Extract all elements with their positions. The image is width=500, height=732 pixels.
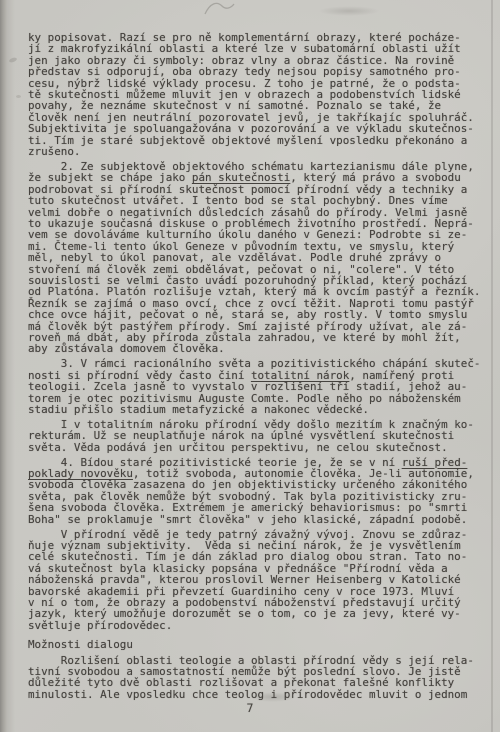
text-run: ky popisovat. Razí se pro ně komplementá… — [28, 31, 474, 158]
paragraph-2: 2. Ze subjektově objektového schématu ka… — [28, 161, 486, 355]
document-text: ky popisovat. Razí se pro ně komplementá… — [28, 32, 486, 704]
paragraph-3: 3. V rámci racionálního světa a pozitivi… — [28, 358, 486, 415]
paragraph-7: Rozlišení oblasti teologie a oblasti pří… — [28, 655, 486, 701]
text-run: Rozlišení oblasti teologie a oblasti pří… — [28, 654, 474, 701]
scan-smudge — [318, 6, 380, 16]
scan-speck — [16, 95, 21, 98]
text-run: , který má právo a svobodu podrobovat si… — [28, 171, 480, 355]
scan-left-edge-shadow — [0, 0, 15, 732]
page-number: 7 — [0, 701, 500, 715]
paragraph-1: ky popisovat. Razí se pro ně komplementá… — [28, 32, 486, 157]
paragraph-5: 4. Bídou staré pozitivistické teorie je,… — [28, 457, 486, 525]
scanned-document-page: ky popisovat. Razí se pro ně komplementá… — [0, 0, 500, 732]
stray-pencil-mark — [202, 0, 236, 17]
paragraph-4: I v totalitním nároku přírodní vědy došl… — [28, 419, 486, 453]
text-run: Možnosti dialogu — [28, 638, 133, 651]
scan-right-edge-line — [491, 0, 493, 732]
section-heading-moznosti-dialogu: Možnosti dialogu — [28, 639, 486, 650]
paragraph-6: V přírodní vědě je tedy patrný závažný v… — [28, 529, 486, 632]
text-run: V přírodní vědě je tedy patrný závažný v… — [28, 528, 467, 632]
text-run: I v totalitním nároku přírodní vědy došl… — [28, 418, 474, 454]
